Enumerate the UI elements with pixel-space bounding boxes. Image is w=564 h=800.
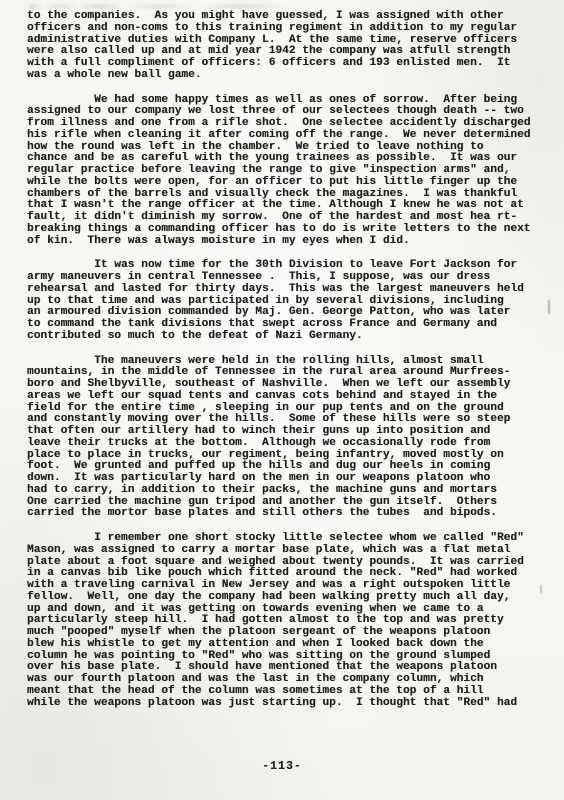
paragraph-3: It was now time for the 30th Division to… [27, 260, 552, 342]
paragraph-1: to the companies. As you might have gues… [27, 11, 552, 82]
document-page: to the companies. As you might have gues… [0, 0, 564, 800]
paragraph-5: I remember one short stocky little selec… [27, 533, 552, 709]
paragraph-2: We had some happy times as well as ones … [27, 95, 552, 248]
paragraph-4: The maneuvers were held in the rolling h… [27, 356, 552, 521]
page-number: -113- [0, 760, 564, 773]
typewritten-text-block: to the companies. As you might have gues… [27, 11, 552, 722]
scan-smudge [30, 4, 330, 9]
